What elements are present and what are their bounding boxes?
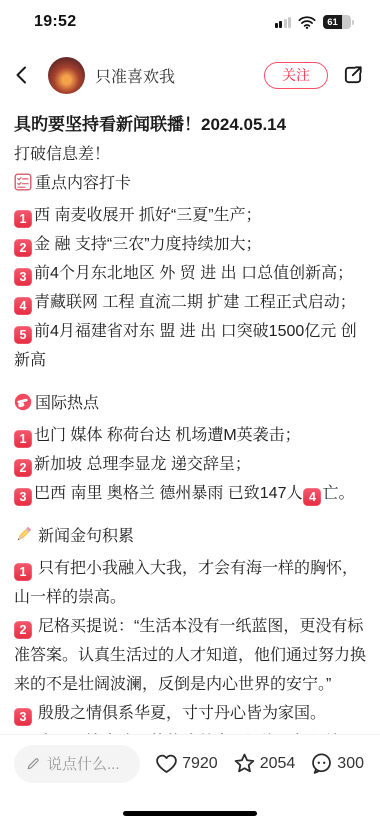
list-item: 3前4个月东北地区 外 贸 进 出 口总值创新高；	[14, 259, 366, 288]
item-text: 前4个月东北地区 外 贸 进 出 口总值创新高；	[34, 265, 353, 282]
list-item: 2金 融 支持“三农”力度持续加大；	[14, 230, 366, 259]
collect-count: 2054	[260, 755, 296, 773]
back-button[interactable]	[12, 61, 40, 89]
cellular-signal-icon	[275, 17, 292, 28]
battery-icon: 61	[323, 15, 354, 29]
section-heading-key-points: 重点内容打卡	[14, 169, 366, 201]
comment-input[interactable]: 说点什么...	[14, 745, 140, 783]
screen: 19:52 61	[0, 0, 380, 824]
list-item: 2尼格买提说：“生活本没有一纸蓝图，更没有标准答案。认真生活过的人才知道，他们通…	[14, 612, 366, 699]
clock: 19:52	[34, 13, 76, 31]
section-heading-label: 新闻金句积累	[38, 528, 134, 545]
share-button[interactable]	[342, 64, 364, 86]
list-item: 2新加坡 总理李显龙 递交辞呈；	[14, 450, 366, 479]
heart-icon	[154, 751, 179, 776]
comment-button[interactable]: 300	[309, 751, 364, 776]
item-text: 前4月福建省对东 盟 进 出 口突破1500亿元 创新高	[14, 323, 357, 369]
like-button[interactable]: 7920	[154, 751, 218, 776]
comment-bubble-icon	[309, 751, 334, 776]
list-item: 4青藏联网 工程 直流二期 扩建 工程正式启动；	[14, 288, 366, 317]
item-text: 亡。	[322, 485, 354, 502]
item-number-badge: 2	[14, 621, 32, 639]
comment-count: 300	[337, 755, 364, 773]
status-bar: 19:52 61	[0, 0, 380, 44]
follow-button[interactable]: 关注	[264, 62, 328, 89]
post-title: 具旳要坚持看新闻联播！2024.05.14	[14, 110, 366, 140]
item-text: 尼格买提说：“生活本没有一纸蓝图，更没有标准答案。认真生活过的人才知道，他们通过…	[14, 618, 366, 693]
list-item: 3殷殷之情俱系华夏，寸寸丹心皆为家国。	[14, 699, 366, 728]
post-header: 只准喜欢我 关注	[0, 44, 380, 106]
item-number-badge: 4	[303, 488, 321, 506]
item-number-badge: 2	[14, 239, 32, 257]
list-item: 1只有把小我融入大我，才会有海一样的胸怀，山一样的崇高。	[14, 554, 366, 612]
section-heading-international: 国际热点	[14, 389, 366, 421]
list-item: 5前4月福建省对东 盟 进 出 口突破1500亿元 创新高	[14, 317, 366, 375]
section-heading-label: 重点内容打卡	[35, 175, 131, 192]
item-number-badge: 1	[14, 210, 32, 228]
bottom-action-bar: 说点什么... 7920 2054	[0, 734, 380, 792]
item-text: 巴西 南里 奥格兰 德州暴雨 已致147人	[34, 485, 302, 502]
avatar[interactable]	[48, 57, 85, 94]
battery-percent: 61	[323, 15, 342, 29]
item-number-badge: 2	[14, 459, 32, 477]
pencil-icon	[14, 525, 33, 554]
item-text: 金 融 支持“三农”力度持续加大；	[34, 236, 262, 253]
item-number-badge: 1	[14, 563, 32, 581]
status-icons: 61	[275, 15, 355, 29]
pen-icon	[26, 756, 41, 771]
list-item: 3巴西 南里 奥格兰 德州暴雨 已致147人4亡。	[14, 479, 366, 508]
item-number-badge: 3	[14, 268, 32, 286]
post-intro: 打破信息差！	[14, 140, 366, 169]
item-text: 新加坡 总理李显龙 递交辞呈；	[34, 456, 251, 473]
item-number-badge: 5	[14, 326, 32, 344]
pointing-hand-icon	[14, 392, 32, 421]
item-number-badge: 1	[14, 430, 32, 448]
section-heading-quotes: 新闻金句积累	[14, 522, 366, 554]
item-text: 也门 媒体 称荷台达 机场遭M英袭击；	[34, 427, 301, 444]
item-number-badge: 3	[14, 708, 32, 726]
back-chevron-icon	[12, 65, 32, 85]
item-text: 只有把小我融入大我，才会有海一样的胸怀，山一样的崇高。	[14, 560, 358, 606]
memo-checklist-icon	[14, 172, 32, 201]
like-count: 7920	[182, 755, 218, 773]
post-body: 具旳要坚持看新闻联播！2024.05.14 打破信息差！ 重点内容打卡 1西 南…	[0, 106, 380, 786]
collect-button[interactable]: 2054	[232, 751, 296, 776]
item-number-badge: 3	[14, 488, 32, 506]
home-indicator[interactable]	[123, 811, 257, 816]
item-text: 殷殷之情俱系华夏，寸寸丹心皆为家国。	[38, 705, 326, 722]
username[interactable]: 只准喜欢我	[95, 64, 175, 87]
item-text: 西 南麦收展开 抓好“三夏”生产；	[34, 207, 262, 224]
list-item: 1西 南麦收展开 抓好“三夏”生产；	[14, 201, 366, 230]
item-text: 青藏联网 工程 直流二期 扩建 工程正式启动；	[34, 294, 356, 311]
wifi-icon	[298, 16, 316, 29]
comment-placeholder: 说点什么...	[47, 753, 120, 774]
star-icon	[232, 751, 257, 776]
section-heading-label: 国际热点	[35, 395, 99, 412]
list-item: 1也门 媒体 称荷台达 机场遭M英袭击；	[14, 421, 366, 450]
share-icon	[342, 64, 364, 86]
item-number-badge: 4	[14, 297, 32, 315]
